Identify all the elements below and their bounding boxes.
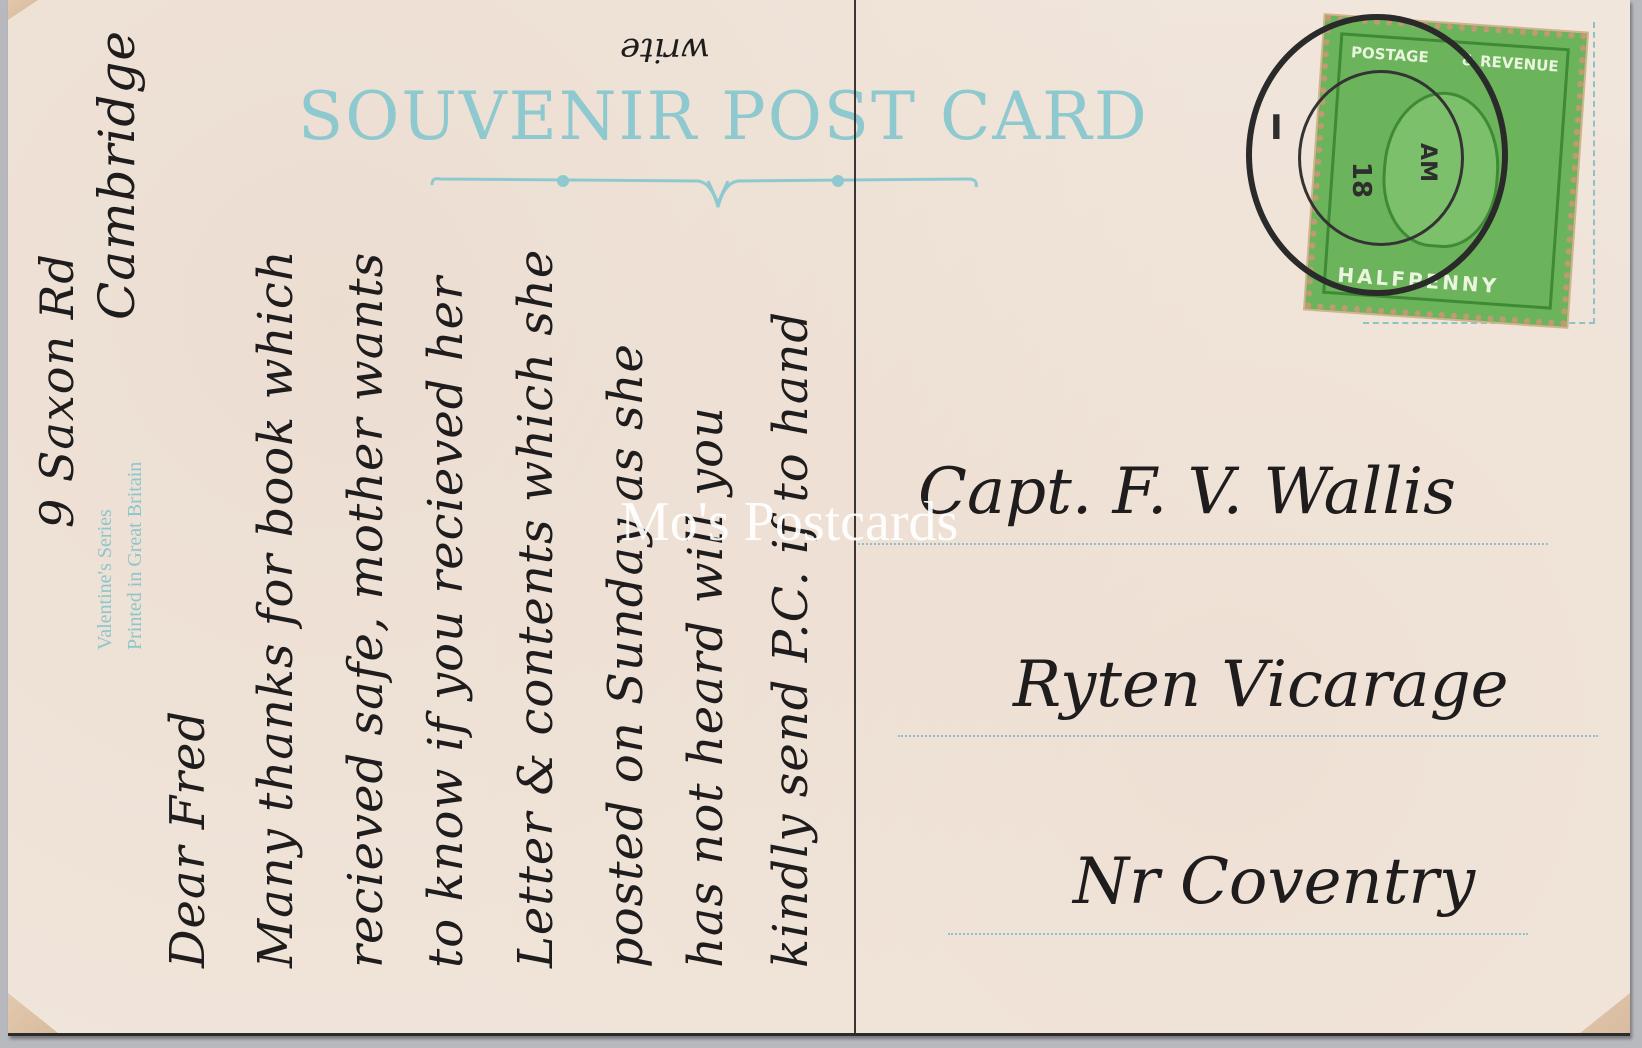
card-heading: SOUVENIR POST CARD <box>298 78 1148 155</box>
message-line: Dear Fred <box>160 710 216 968</box>
postmark-date: 18 <box>1346 162 1376 198</box>
message-line: posted on Sunday as she <box>598 343 654 968</box>
sender-address-line1: 9 Saxon Rd <box>30 253 84 528</box>
postmark-code: I <box>1270 108 1283 148</box>
worn-corner <box>1580 993 1630 1033</box>
message-line: to know if you recieved her <box>418 276 474 968</box>
recipient-address-line: Ryten Vicarage <box>1013 648 1509 722</box>
worn-corner <box>8 0 38 20</box>
recipient-town: Nr Coventry <box>1073 845 1475 919</box>
message-line: kindly send P.C. if to hand <box>763 311 819 968</box>
publisher-series: Valentine's Series <box>90 462 120 650</box>
top-note: write <box>620 30 710 70</box>
message-line: Letter & contents which she <box>508 249 564 968</box>
recipient-name: Capt. F. V. Wallis <box>918 455 1456 529</box>
address-rule <box>858 543 1548 545</box>
watermark: Mo's Postcards <box>620 490 958 554</box>
sender-address-line2: Cambridge <box>88 30 146 320</box>
ornament-divider-icon <box>428 175 988 225</box>
postmark-time: AM <box>1415 143 1440 182</box>
postcard-back: SOUVENIR POST CARD Valentine's Series Pr… <box>8 0 1630 1036</box>
publisher-printed: Printed in Great Britain <box>120 462 150 650</box>
address-rule <box>898 735 1598 737</box>
message-line: Many thanks for book which <box>248 249 304 968</box>
message-line: recieved safe, mother wants <box>338 252 394 968</box>
publisher-imprint: Valentine's Series Printed in Great Brit… <box>90 462 150 650</box>
address-rule <box>948 933 1528 935</box>
worn-corner <box>8 993 58 1033</box>
